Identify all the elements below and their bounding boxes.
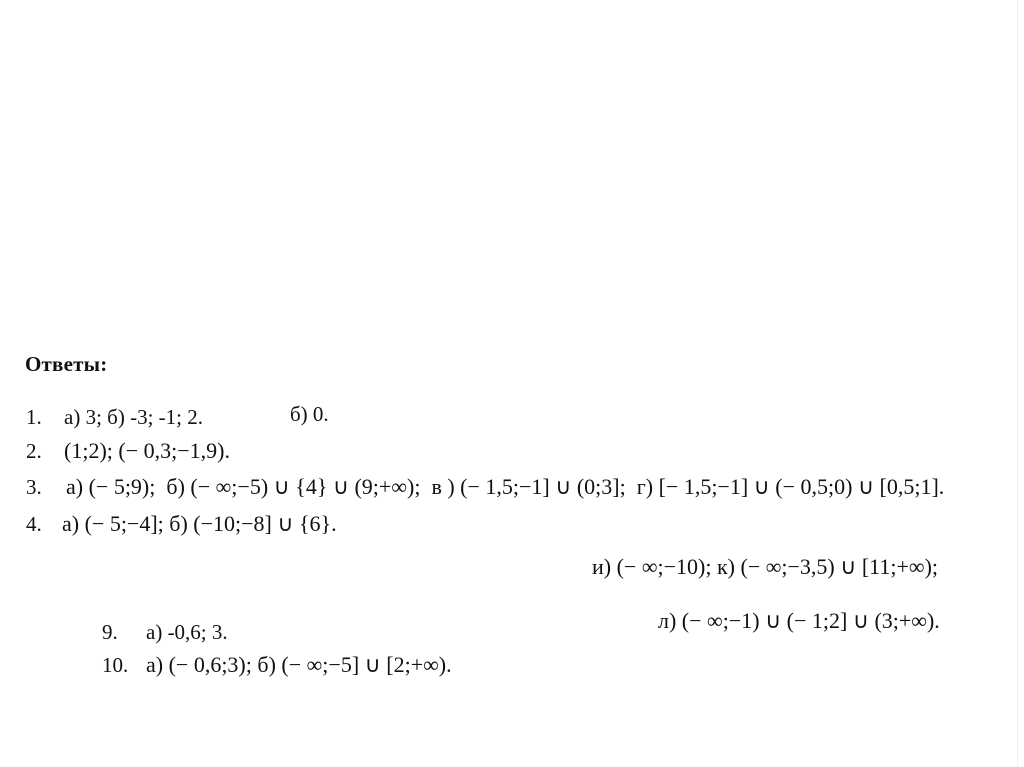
answer-text: а) (− 5;−4]; б) (−10;−8] ∪ {6}.: [62, 511, 337, 536]
answer-3b: б) (− ∞;−5) ∪ {4} ∪ (9;+∞);: [166, 474, 420, 499]
answers-heading: Ответы:: [25, 352, 107, 377]
answer-number: 1.: [26, 402, 64, 432]
answer-text: а) -0,6; 3.: [146, 620, 228, 644]
answer-2: 2.(1;2); (− 0,3;−1,9).: [26, 436, 230, 466]
answer-4: 4.а) (− 5;−4]; б) (−10;−8] ∪ {6}.: [26, 509, 337, 539]
answer-10: 10.а) (− 0,6;3); б) (− ∞;−5] ∪ [2;+∞).: [102, 650, 452, 680]
answer-number: 9.: [102, 617, 146, 647]
answer-number: 2.: [26, 436, 64, 466]
answer-3a: а) (− 5;9);: [66, 474, 155, 499]
answer-text: (1;2); (− 0,3;−1,9).: [64, 438, 230, 463]
answer-3: 3.а) (− 5;9); б) (− ∞;−5) ∪ {4} ∪ (9;+∞)…: [26, 472, 944, 502]
answer-number: 4.: [26, 509, 62, 539]
answer-3v: в ) (− 1,5;−1] ∪ (0;3];: [431, 474, 625, 499]
answer-9: 9.а) -0,6; 3.: [102, 617, 228, 647]
slide: Ответы: 1.а) 3; б) -3; -1; 2. б) 0. 2.(1…: [0, 0, 1024, 767]
answer-1: 1.а) 3; б) -3; -1; 2.: [26, 402, 203, 432]
answer-number: 3.: [26, 472, 66, 502]
answer-1-extra: б) 0.: [290, 399, 329, 429]
answer-text: а) (− 0,6;3); б) (− ∞;−5] ∪ [2;+∞).: [146, 652, 452, 677]
answer-number: 10.: [102, 650, 146, 680]
answer-i-k: и) (− ∞;−10); к) (− ∞;−3,5) ∪ [11;+∞);: [592, 552, 938, 582]
slide-edge: [1017, 0, 1018, 767]
answer-3g: г) [− 1,5;−1] ∪ (− 0,5;0) ∪ [0,5;1].: [637, 474, 945, 499]
answer-text: а) 3; б) -3; -1; 2.: [64, 405, 203, 429]
answer-l: л) (− ∞;−1) ∪ (− 1;2] ∪ (3;+∞).: [658, 606, 940, 636]
